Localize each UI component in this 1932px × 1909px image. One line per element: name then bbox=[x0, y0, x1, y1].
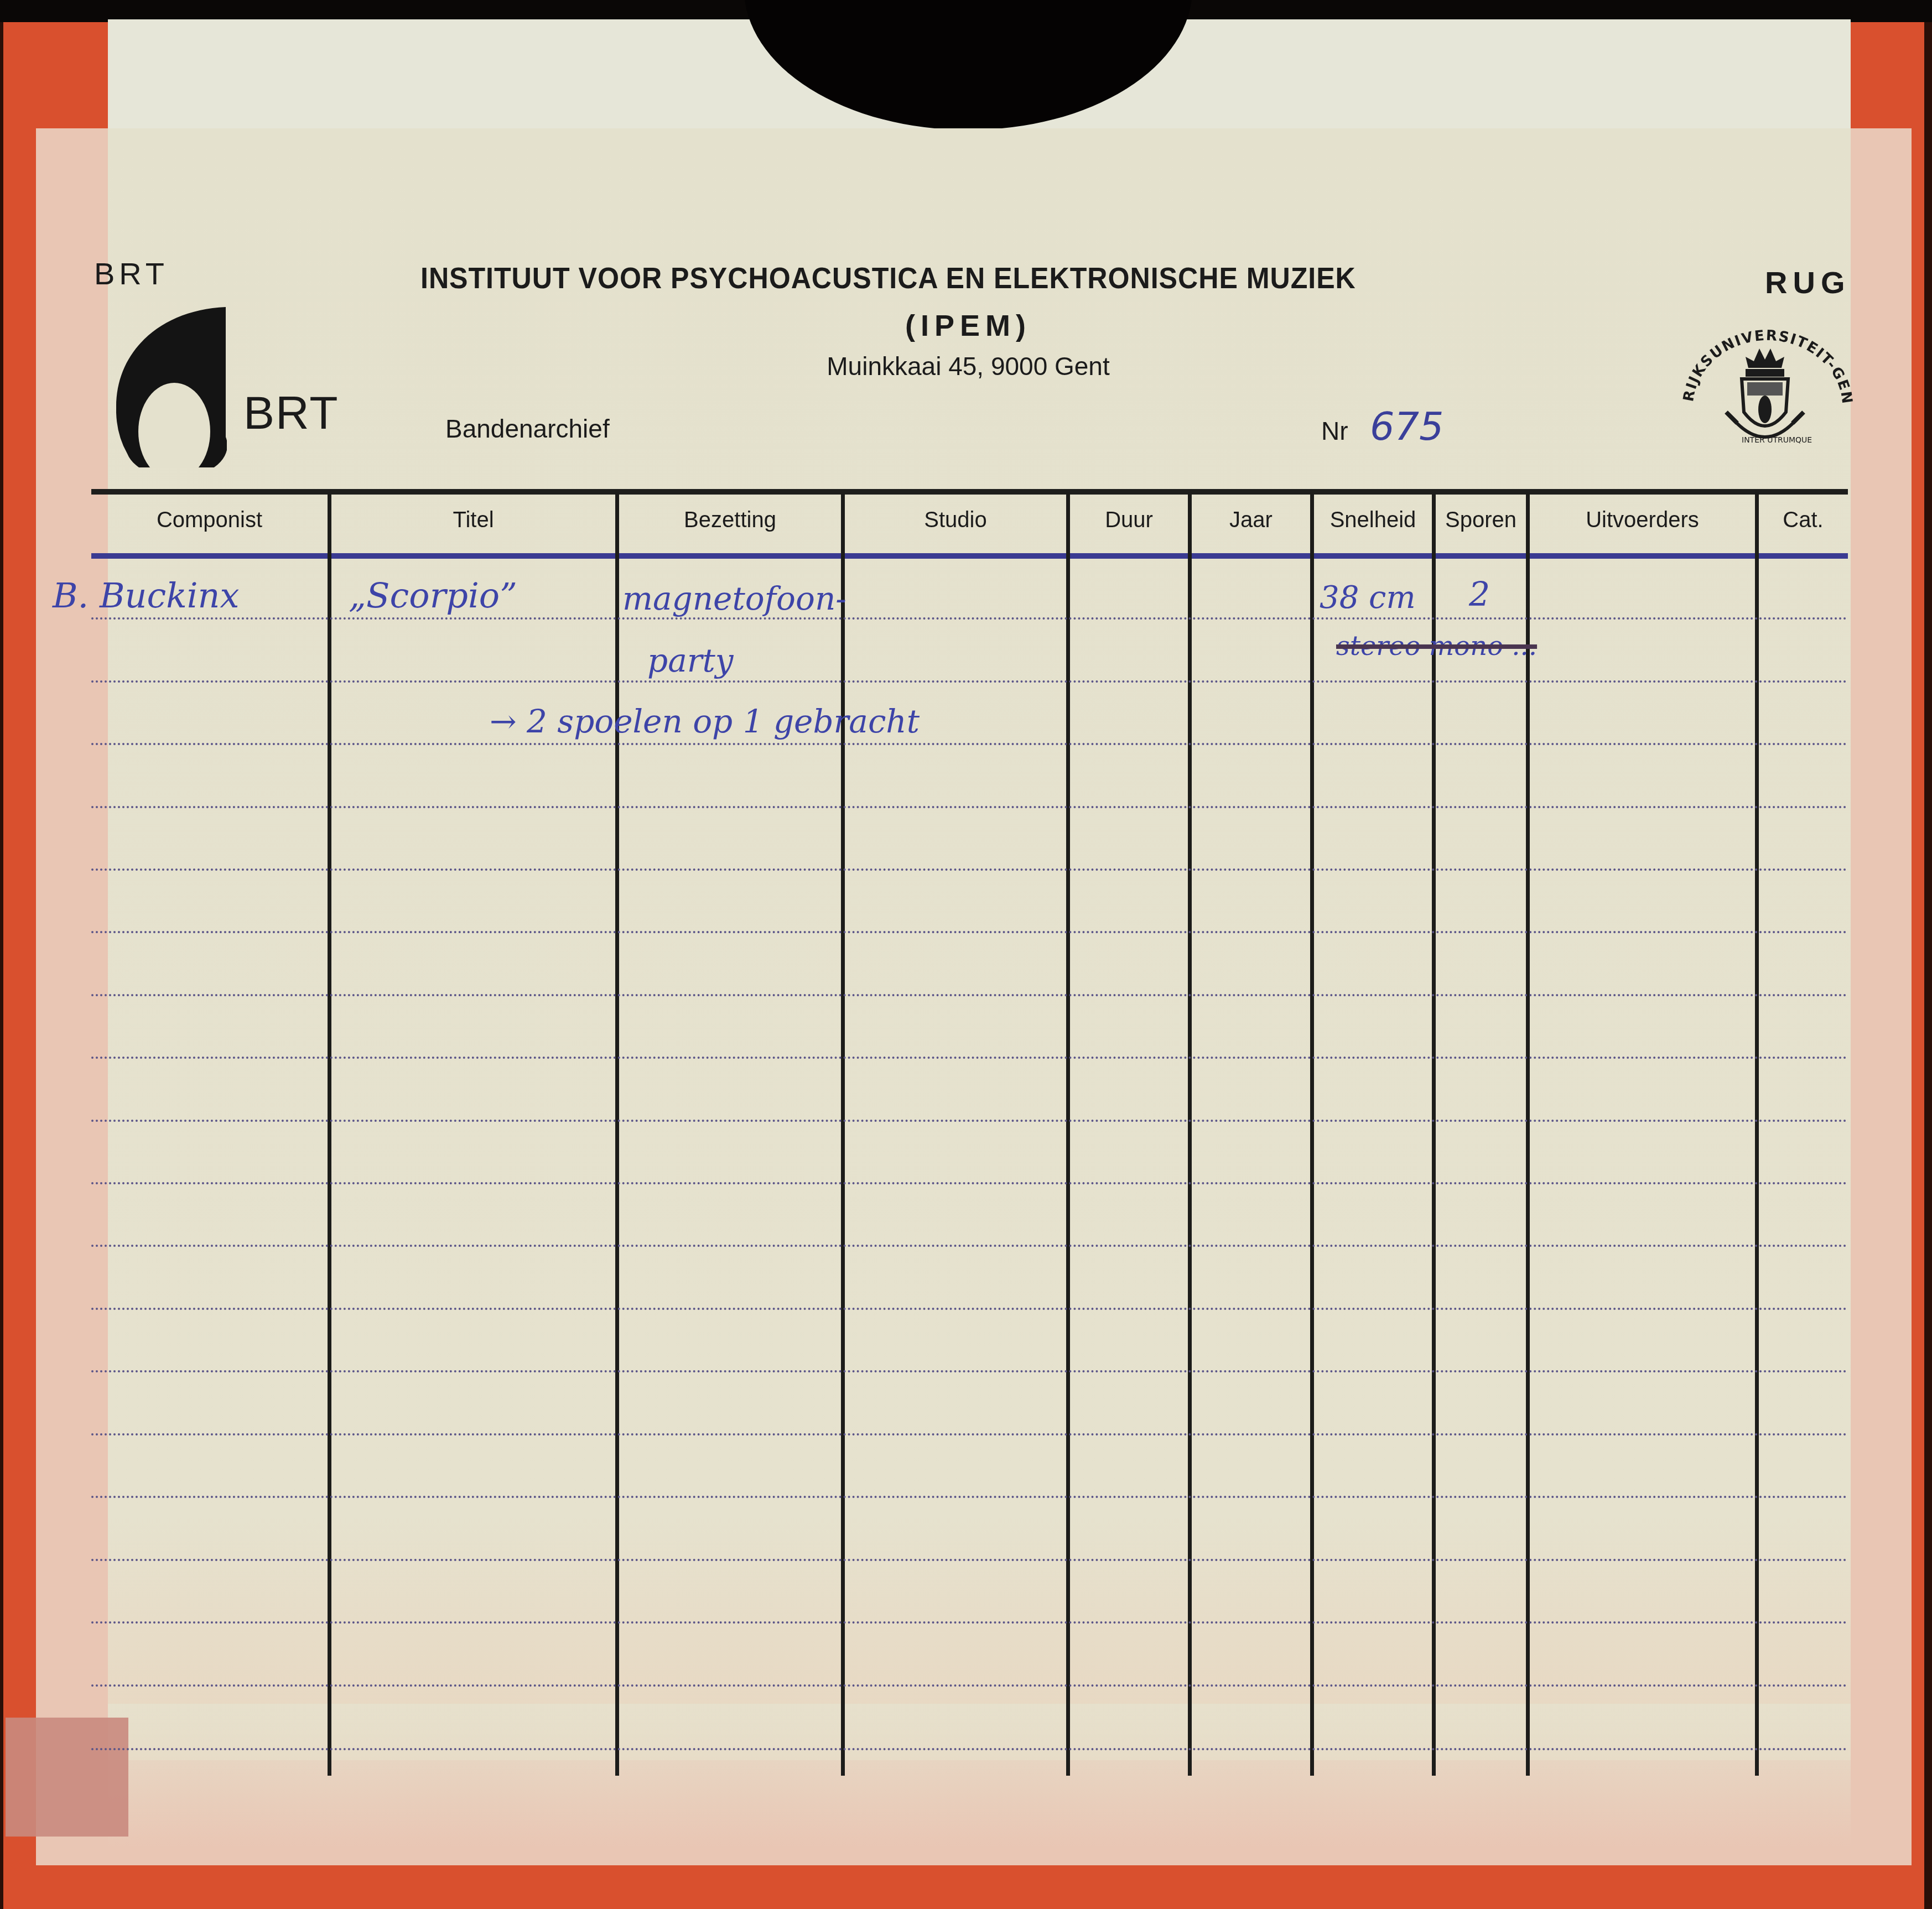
institute-address: Muinkkaai 45, 9000 Gent bbox=[747, 351, 1190, 381]
rug-label: RUG bbox=[1765, 264, 1850, 300]
column-divider bbox=[1432, 492, 1436, 1776]
institute-name: INSTITUUT VOOR PSYCHOACUSTICA EN ELEKTRO… bbox=[420, 261, 1450, 295]
column-divider bbox=[841, 492, 845, 1776]
row-rule bbox=[91, 1748, 1848, 1750]
row-rule bbox=[91, 868, 1848, 871]
entry-sporen: 2 bbox=[1469, 575, 1490, 614]
entry-componist: B. Buckinx bbox=[53, 575, 240, 616]
entry-titel: „Scorpio” bbox=[349, 575, 517, 616]
column-header-snelheid: Snelheid bbox=[1314, 508, 1432, 533]
institute-abbr: (IPEM) bbox=[830, 309, 1107, 343]
row-rule bbox=[91, 1496, 1848, 1498]
column-divider bbox=[1310, 492, 1314, 1776]
left-edge-shadow bbox=[0, 0, 3, 1909]
seal-motto: INTER UTRUMQUE bbox=[1742, 436, 1812, 445]
row-rule bbox=[91, 1308, 1848, 1310]
university-seal-icon: RIJKSUNIVERSITEIT-GENT INTER UTRUMQUE bbox=[1676, 329, 1853, 473]
tape-patch bbox=[6, 1718, 128, 1837]
column-divider bbox=[1526, 492, 1530, 1776]
row-rule bbox=[91, 1684, 1848, 1687]
right-edge-shadow bbox=[1924, 0, 1932, 1909]
entry-note: → 2 spoelen op 1 gebracht bbox=[490, 703, 920, 740]
column-header-duur: Duur bbox=[1070, 508, 1188, 533]
entry-snelheid: 38 cm bbox=[1320, 580, 1416, 616]
row-rule bbox=[91, 994, 1848, 996]
row-rule bbox=[91, 1370, 1848, 1372]
column-header-titel: Titel bbox=[331, 508, 615, 533]
column-divider bbox=[615, 492, 619, 1776]
column-divider bbox=[1755, 492, 1759, 1776]
column-header-bezetting: Bezetting bbox=[619, 508, 841, 533]
number-value: 675 bbox=[1370, 404, 1444, 449]
column-divider bbox=[1188, 492, 1192, 1776]
brt-logo-icon bbox=[116, 307, 227, 467]
row-rule bbox=[91, 680, 1848, 683]
row-rule bbox=[91, 1182, 1848, 1184]
column-header-jaar: Jaar bbox=[1192, 508, 1310, 533]
row-rule bbox=[91, 617, 1848, 620]
column-header-uitvoerders: Uitvoerders bbox=[1530, 508, 1755, 533]
paper-stain bbox=[108, 1704, 1851, 1848]
header-top-rule bbox=[91, 489, 1848, 495]
column-header-cat: Cat. bbox=[1759, 508, 1847, 533]
column-header-componist: Componist bbox=[91, 508, 328, 533]
column-divider bbox=[1066, 492, 1070, 1776]
row-rule bbox=[91, 1245, 1848, 1247]
row-rule bbox=[91, 806, 1848, 808]
brt-label: BRT bbox=[94, 256, 169, 292]
row-rule bbox=[91, 1621, 1848, 1624]
column-header-studio: Studio bbox=[845, 508, 1066, 533]
row-rule bbox=[91, 1057, 1848, 1059]
column-header-sporen: Sporen bbox=[1436, 508, 1526, 533]
row-rule bbox=[91, 931, 1848, 933]
entry-snelheid-struck-note: stereo mono ... bbox=[1336, 631, 1537, 662]
header-bottom-rule bbox=[91, 553, 1848, 559]
row-rule bbox=[91, 743, 1848, 745]
archive-label: Bandenarchief bbox=[445, 414, 610, 444]
entry-bezetting-line2: party bbox=[647, 642, 734, 679]
row-rule bbox=[91, 1120, 1848, 1122]
column-divider bbox=[328, 492, 331, 1776]
brt-logo-text: BRT bbox=[243, 386, 339, 440]
entry-bezetting-line1: magnetofoon- bbox=[622, 580, 846, 617]
row-rule bbox=[91, 1433, 1848, 1435]
number-label: Nr bbox=[1321, 416, 1348, 446]
row-rule bbox=[91, 1559, 1848, 1561]
